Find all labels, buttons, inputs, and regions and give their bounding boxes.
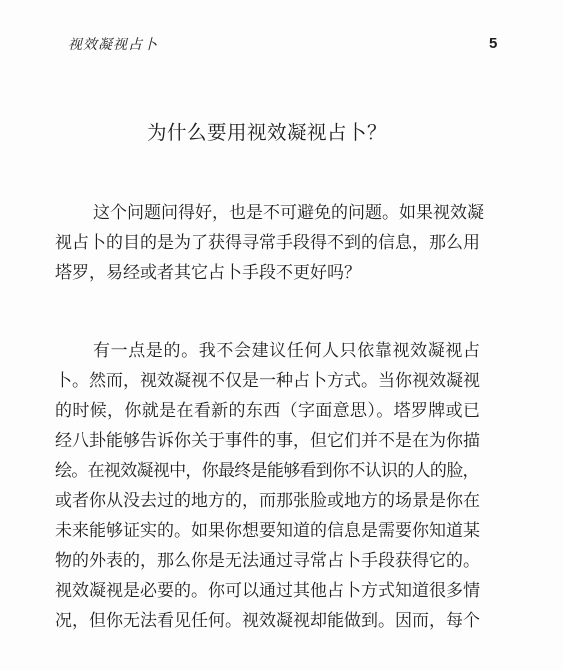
chapter-title: 为什么要用视效凝视占卜？ <box>147 117 387 145</box>
body-line: 未来能够证实的。如果你想要知道的信息是需要你知道某 <box>55 516 480 546</box>
body-line: 况，但你无法看见任何。视效凝视却能做到。因而，每个 <box>55 606 480 636</box>
body-line: 的时候，你就是在看新的东西（字面意思）。塔罗牌或已 <box>55 396 480 426</box>
body-line: 或者你从没去过的地方的，而那张脸或地方的场景是你在 <box>55 486 480 516</box>
body-line: 物的外表的，那么你是无法通过寻常占卜手段获得它的。 <box>55 546 480 576</box>
body-line: 经八卦能够告诉你关于事件的事，但它们并不是在为你描 <box>55 426 480 456</box>
book-page: 视效凝视占卜 5 为什么要用视效凝视占卜？ 这个问题问得好，也是不可避免的问题。… <box>0 0 563 670</box>
body-line: 视占卜的目的是为了获得寻常手段得不到的信息，那么用 <box>55 228 480 258</box>
running-header-title: 视效凝视占卜 <box>68 34 158 54</box>
body-line: 有一点是的。我不会建议任何人只依靠视效凝视占 <box>55 336 480 366</box>
body-line: 卜。然而，视效凝视不仅是一种占卜方式。当你视效凝视 <box>55 366 480 396</box>
paragraph-2: 有一点是的。我不会建议任何人只依靠视效凝视占 卜。然而，视效凝视不仅是一种占卜方… <box>55 336 480 636</box>
paragraph-1: 这个问题问得好，也是不可避免的问题。如果视效凝 视占卜的目的是为了获得寻常手段得… <box>55 198 480 288</box>
page-number: 5 <box>489 35 497 52</box>
body-line: 绘。在视效凝视中，你最终是能够看到你不认识的人的脸， <box>55 456 480 486</box>
body-line: 视效凝视是必要的。你可以通过其他占卜方式知道很多情 <box>55 576 480 606</box>
body-line: 塔罗，易经或者其它占卜手段不更好吗？ <box>55 258 480 288</box>
body-line: 这个问题问得好，也是不可避免的问题。如果视效凝 <box>55 198 480 228</box>
